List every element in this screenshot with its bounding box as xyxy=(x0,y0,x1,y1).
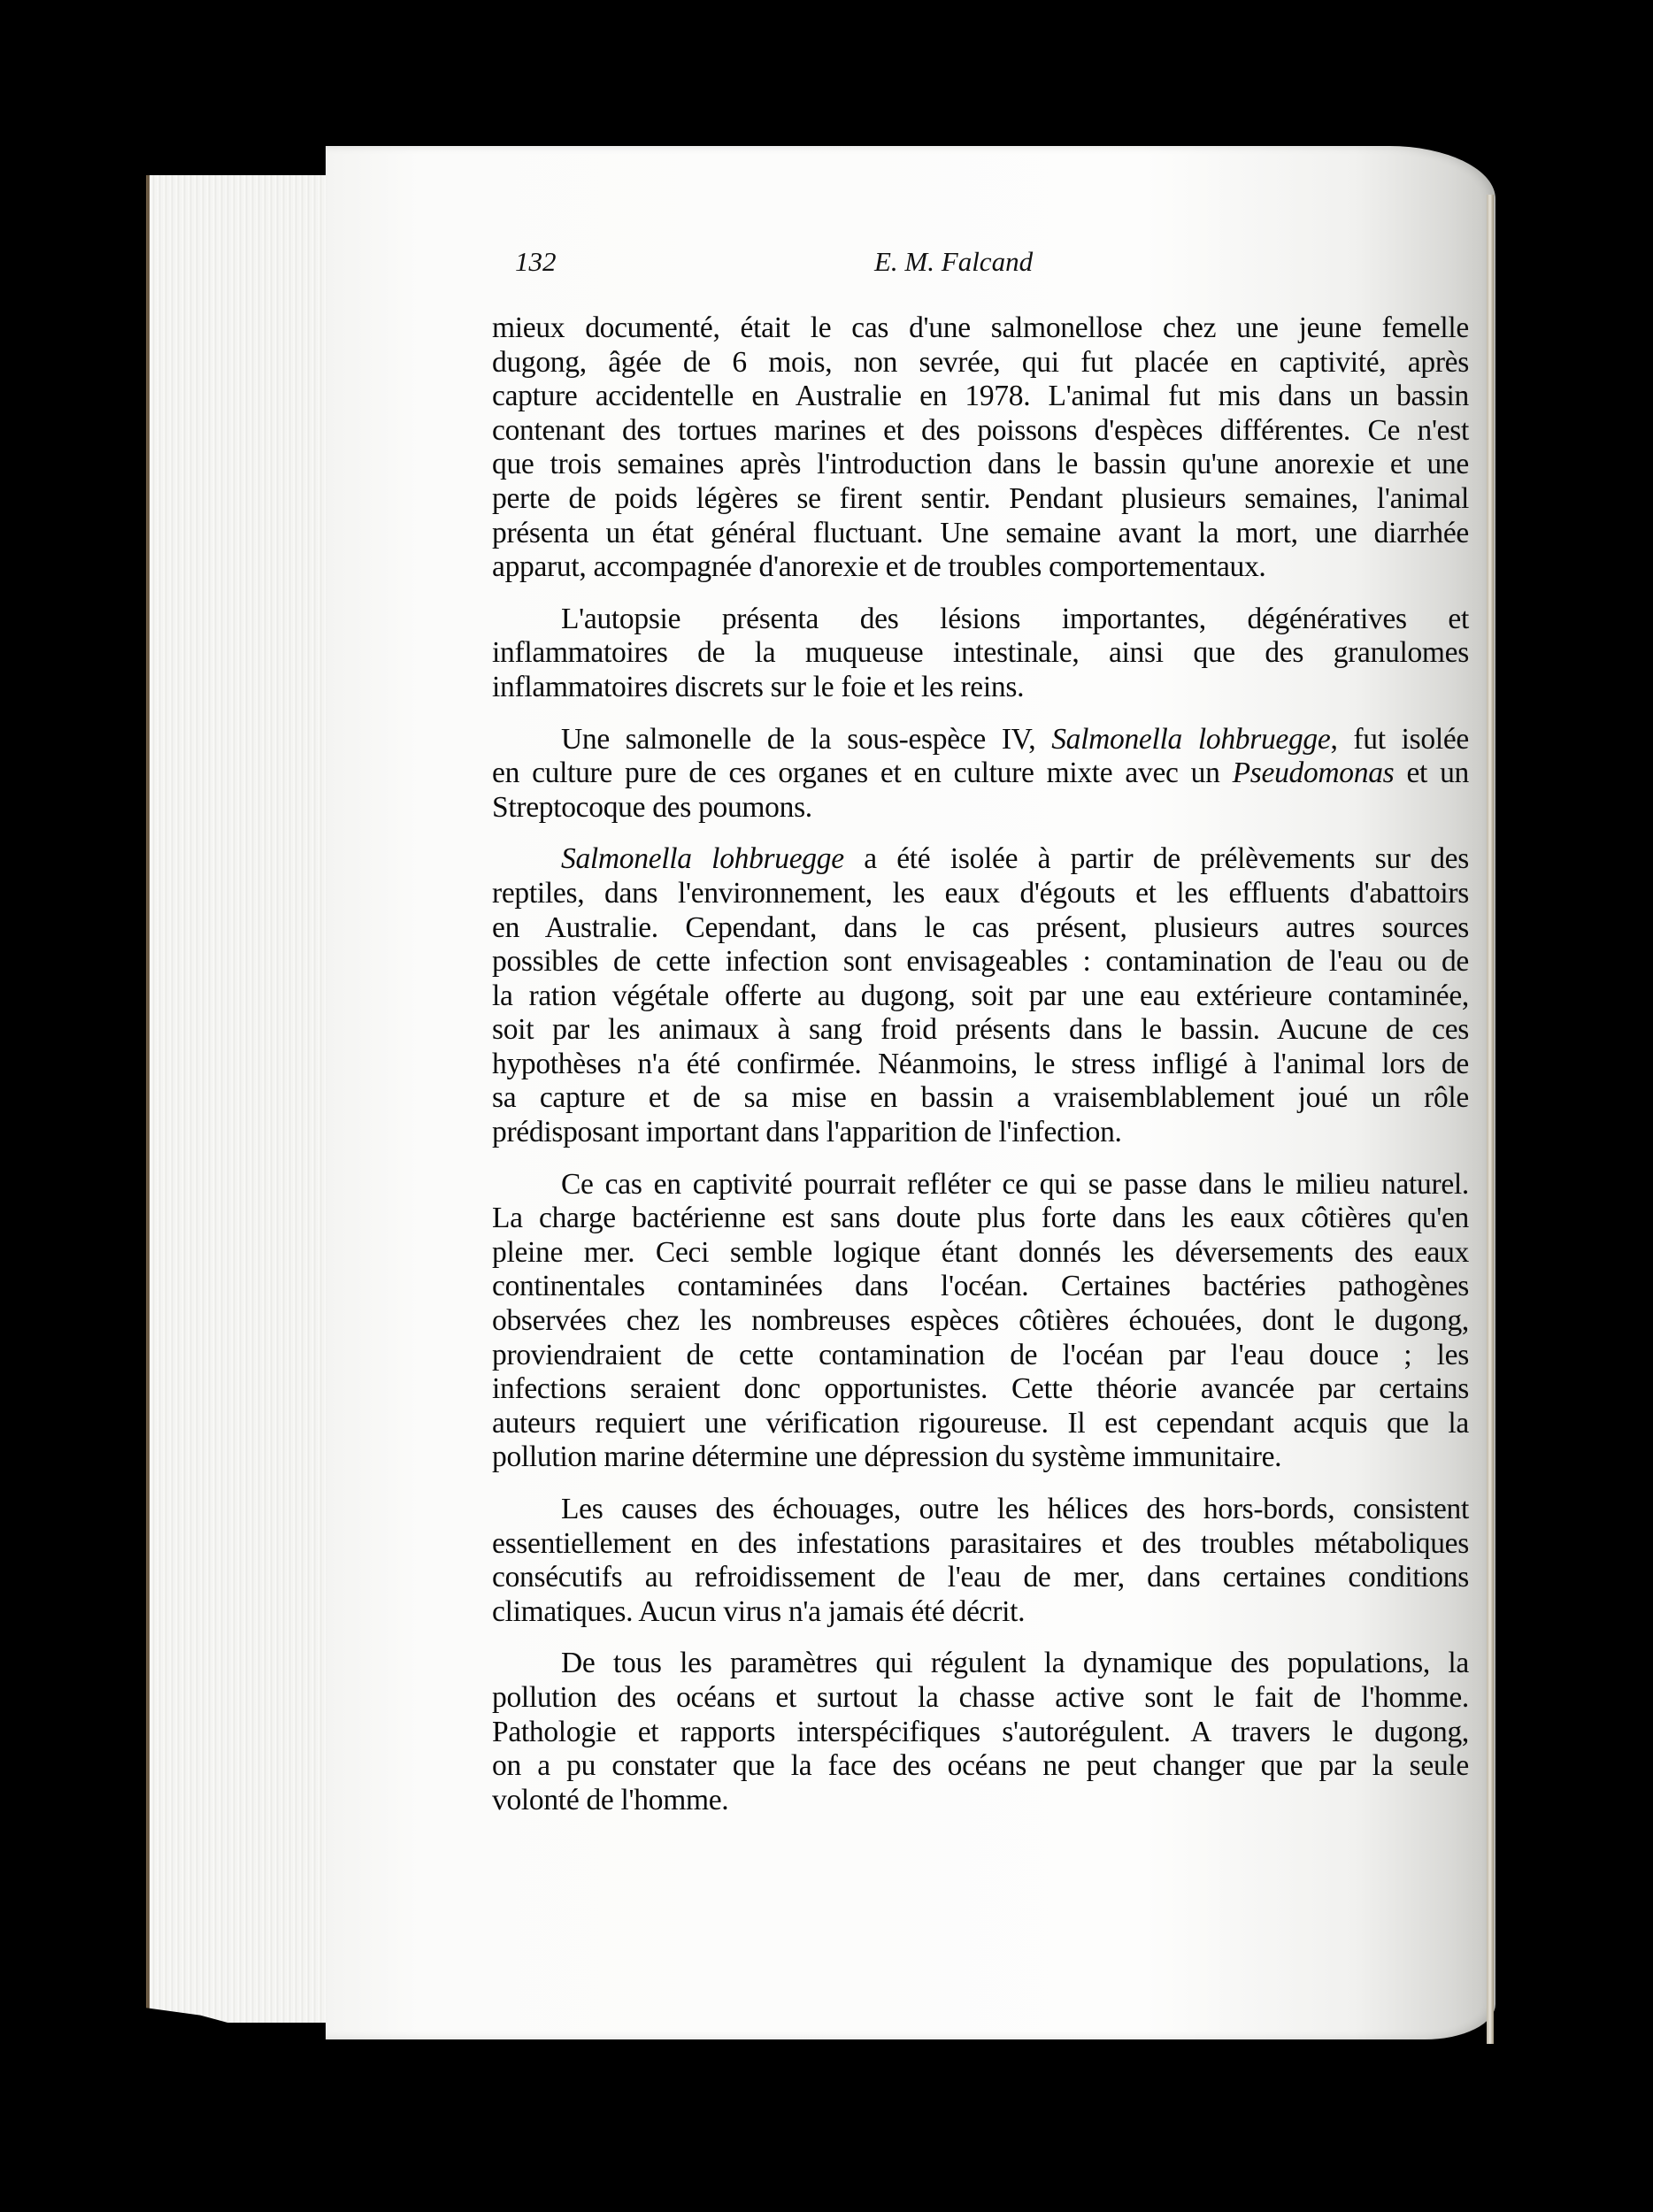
text-line: mieux documenté, était le cas d'une salm… xyxy=(492,311,1469,346)
text-line: perte de poids légères se firent sentir.… xyxy=(492,482,1469,517)
text-line: possibles de cette infection sont envisa… xyxy=(492,945,1469,979)
paragraph: L'autopsie présenta des lésions importan… xyxy=(492,603,1469,705)
text-line: reptiles, dans l'environnement, les eaux… xyxy=(492,877,1469,911)
paragraph: Une salmonelle de la sous-espèce IV, Sal… xyxy=(492,723,1469,826)
text-line: en Australie. Cependant, dans le cas pré… xyxy=(492,911,1469,946)
text-line: inflammatoires discrets sur le foie et l… xyxy=(492,671,1469,705)
text-line: De tous les paramètres qui régulent la d… xyxy=(492,1647,1469,1681)
text-line: soit par les animaux à sang froid présen… xyxy=(492,1013,1469,1048)
text-line: capture accidentelle en Australie en 197… xyxy=(492,380,1469,414)
text-line: la ration végétale offerte au dugong, so… xyxy=(492,979,1469,1014)
paragraph: Salmonella lohbruegge a été isolée à par… xyxy=(492,842,1469,1149)
text-line: pollution marine détermine une dépressio… xyxy=(492,1440,1469,1475)
text-line: Ce cas en captivité pourrait refléter ce… xyxy=(492,1168,1469,1202)
text-line: dugong, âgée de 6 mois, non sevrée, qui … xyxy=(492,346,1469,380)
page-edge-right xyxy=(1487,195,1494,2044)
text-line: Les causes des échouages, outre les héli… xyxy=(492,1493,1469,1527)
page-number: 132 xyxy=(515,246,557,278)
text-line: pleine mer. Ceci semble logique étant do… xyxy=(492,1236,1469,1271)
text-line: en culture pure de ces organes et en cul… xyxy=(492,757,1469,791)
text-line: Pathologie et rapports interspécifiques … xyxy=(492,1716,1469,1750)
paragraph: mieux documenté, était le cas d'une salm… xyxy=(492,311,1469,585)
text-line: infections seraient donc opportunistes. … xyxy=(492,1372,1469,1407)
paragraph: Ce cas en captivité pourrait refléter ce… xyxy=(492,1168,1469,1475)
page-stack-edges xyxy=(146,175,340,2023)
text-line: hypothèses n'a été confirmée. Néanmoins,… xyxy=(492,1048,1469,1082)
text-line: Salmonella lohbruegge a été isolée à par… xyxy=(492,842,1469,877)
text-line: essentiellement en des infestations para… xyxy=(492,1527,1469,1562)
body-text: mieux documenté, était le cas d'une salm… xyxy=(492,311,1469,1835)
text-line: La charge bactérienne est sans doute plu… xyxy=(492,1202,1469,1236)
text-line: Streptocoque des poumons. xyxy=(492,791,1469,826)
text-line: continentales contaminées dans l'océan. … xyxy=(492,1270,1469,1304)
text-line: pollution des océans et surtout la chass… xyxy=(492,1681,1469,1716)
text-line: Une salmonelle de la sous-espèce IV, Sal… xyxy=(492,723,1469,757)
text-line: auteurs requiert une vérification rigour… xyxy=(492,1407,1469,1441)
text-line: L'autopsie présenta des lésions importan… xyxy=(492,603,1469,637)
text-line: prédisposant important dans l'apparition… xyxy=(492,1116,1469,1150)
text-line: climatiques. Aucun virus n'a jamais été … xyxy=(492,1595,1469,1630)
running-head-author: E. M. Falcand xyxy=(874,246,1033,278)
paragraph: Les causes des échouages, outre les héli… xyxy=(492,1493,1469,1629)
text-line: inflammatoires de la muqueuse intestinal… xyxy=(492,636,1469,671)
text-line: volonté de l'homme. xyxy=(492,1784,1469,1818)
text-line: consécutifs au refroidissement de l'eau … xyxy=(492,1561,1469,1595)
text-line: apparut, accompagnée d'anorexie et de tr… xyxy=(492,550,1469,585)
text-line: on a pu constater que la face des océans… xyxy=(492,1749,1469,1784)
text-line: contenant des tortues marines et des poi… xyxy=(492,414,1469,449)
text-line: sa capture et de sa mise en bassin a vra… xyxy=(492,1081,1469,1116)
paragraph: De tous les paramètres qui régulent la d… xyxy=(492,1647,1469,1817)
text-line: proviendraient de cette contamination de… xyxy=(492,1339,1469,1373)
text-line: que trois semaines après l'introduction … xyxy=(492,448,1469,482)
text-line: présenta un état général fluctuant. Une … xyxy=(492,517,1469,551)
text-line: observées chez les nombreuses espèces cô… xyxy=(492,1304,1469,1339)
